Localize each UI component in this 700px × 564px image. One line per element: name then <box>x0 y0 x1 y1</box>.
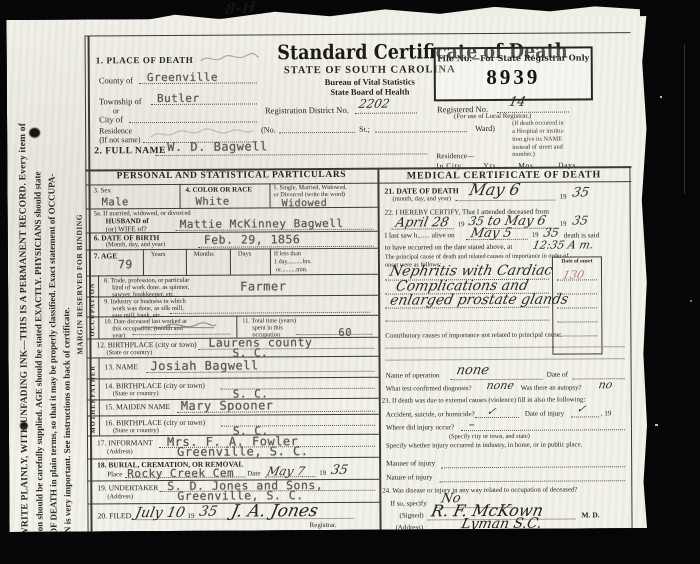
top-handwritten-note: 8-H <box>224 0 256 17</box>
color-race-label: 4. COLOR OR RACE <box>185 186 252 193</box>
to-year-pre: 19 <box>560 222 567 229</box>
scan-artifact <box>690 300 692 302</box>
township-label: Township of <box>99 97 142 106</box>
date-of-death-label: 21. DATE OF DEATH <box>384 187 458 195</box>
full-name-value: W. D. Bagwell <box>167 140 267 153</box>
principal-cause-label1: The principal cause of death and related… <box>385 254 569 261</box>
md-label: M. D. <box>581 511 599 519</box>
sex-label: 3. Sex <box>93 187 111 194</box>
mother-side-label: MOTHER <box>91 398 98 434</box>
registered-no-value: 14 <box>508 96 527 109</box>
margin-note-line4: TION is very important. See instructions… <box>62 307 72 549</box>
burial-place-label: Place <box>107 471 122 478</box>
external-causes-label: 23. If death was due to external causes … <box>382 397 586 405</box>
file-number: 8939 <box>436 66 591 88</box>
occupation-side-label: OCCUPATION <box>90 282 97 336</box>
form-border <box>88 535 634 539</box>
no-label: (No. <box>261 126 276 134</box>
form-border <box>85 32 631 36</box>
cause-of-death-line3: enlarged prostate glands <box>389 293 570 308</box>
margin-note-line3: CAUSE OF DEATH in plain terms, so that i… <box>47 174 58 564</box>
operation-date-label: Date of <box>547 372 568 379</box>
burial-year-pre: 19 <box>319 470 326 477</box>
form-border <box>629 166 632 534</box>
form-border <box>88 531 634 536</box>
column-divider <box>377 168 381 536</box>
dod-year-value: 35 <box>571 186 590 199</box>
nature-of-injury-label: Nature of injury <box>386 474 432 481</box>
occupation-related-label: 24. Was disease or injury in any way rel… <box>382 487 577 495</box>
color-race-value: White <box>196 197 230 208</box>
registrar-label: Registrar. <box>310 522 337 529</box>
last-worked-label3: year) <box>112 333 125 339</box>
scan-artifact <box>660 96 662 98</box>
contributory-label: Contributory causes of importance not re… <box>385 333 561 341</box>
age-years-label: Years <box>151 252 166 259</box>
age-label: 7. AGE <box>94 252 117 260</box>
scan-artifact <box>684 44 685 194</box>
injury-date-mark: ✓ <box>576 403 587 414</box>
hospital-note: (If death occurred in a Hospital or inst… <box>512 119 600 159</box>
informant-label: 17. INFORMANT <box>97 439 153 447</box>
residence-dash-label: Residence— <box>436 152 474 160</box>
file-box-title: File No.—For State Registrar Only <box>436 53 591 62</box>
informant-address-value: Greenville, S. C. <box>177 445 308 458</box>
file-number-box: File No.—For State Registrar Only 8939 <box>434 46 593 101</box>
marital-value: Widowed <box>282 199 328 209</box>
filed-year-value: 35 <box>198 505 219 519</box>
specify-city-label: (Specify city or town, and state) <box>449 434 530 441</box>
filed-label: 20. FILED <box>97 512 131 520</box>
county-label: County of <box>99 76 133 85</box>
or-min-label: or..........min. <box>276 267 308 273</box>
if-not-same-label: (If not same) <box>99 136 140 144</box>
where-injury-mark: – <box>468 418 476 430</box>
signed-label: (Signed) <box>399 512 423 519</box>
age-days-label: Days <box>238 251 251 258</box>
operation-label: Name of operation <box>386 372 440 380</box>
dod-year-pre: 19 <box>560 194 567 201</box>
mother-birthplace-label: 16. BIRTHPLACE (city or town) <box>105 419 205 427</box>
registration-district-value: 2202 <box>358 98 391 110</box>
test-value: none <box>486 380 516 391</box>
place-of-death-label: 1. PLACE OF DEATH <box>96 56 194 66</box>
date-of-death-sub: (month, day, and year) <box>393 196 452 203</box>
occurred-label: to have occurred on the date stated abov… <box>385 244 513 252</box>
handwriting-scribble <box>199 50 261 66</box>
accident-mark: ✓ <box>486 406 497 417</box>
age-value: 79 <box>118 259 133 271</box>
if-less-label: If less than <box>274 251 301 257</box>
burial-date-label: Date <box>247 470 260 477</box>
st-label: St.; <box>359 126 370 134</box>
certificate-page: N. B.—WRITE PLAINLY, WITH UNFADING INK—T… <box>6 16 649 532</box>
undertaker-address-label: (Address) <box>107 494 133 501</box>
dob-sub-label: (Month, day, and year) <box>106 242 165 249</box>
accident-label: Accident, suicide, or homicide? <box>386 411 475 419</box>
father-birthplace-label: 14. BIRTHPLACE (city or town) <box>105 382 205 390</box>
birthplace-state-label: (State or country) <box>106 350 152 357</box>
where-injury-label: Where did injury occur? <box>386 424 454 431</box>
personal-section-header: PERSONAL AND STATISTICAL PARTICULARS <box>85 171 377 182</box>
maiden-name-label: 15. MAIDEN NAME <box>105 403 170 411</box>
birthplace-label: 12. BIRTHPLACE (city or town) <box>96 341 196 349</box>
age-months-label: Months <box>194 252 214 259</box>
scanned-death-certificate: 8-H N. B.—WRITE PLAINLY, WITH UNFADING I… <box>0 0 700 564</box>
informant-address-label: (Address) <box>107 449 133 456</box>
last-saw-year: 35 <box>543 227 561 239</box>
operation-value: none <box>455 364 490 377</box>
father-name-value: Josiah Bagwell <box>151 359 259 372</box>
date-of-death-value: May 6 <box>468 182 522 198</box>
handwriting-scribble <box>136 319 220 336</box>
mother-birthplace-state-label: (State or country) <box>113 428 159 435</box>
father-side-label: FATHER <box>91 365 97 398</box>
trade-value: Farmer <box>240 280 286 292</box>
if-so-label: If so, specify <box>390 500 426 507</box>
father-birthplace-state-label: (State or country) <box>113 391 159 398</box>
to-year-value: 35 <box>571 214 589 226</box>
sex-value: Male <box>102 197 129 208</box>
burial-year-value: 35 <box>330 464 349 477</box>
registration-district-label: Registration District No. <box>265 106 349 115</box>
from-year-pre: 19 <box>458 222 465 229</box>
margin-note-line2: information should be carefully supplied… <box>33 171 44 564</box>
sig-address-label: (Address) <box>396 524 424 531</box>
ward-label: Ward) <box>475 125 495 133</box>
dob-value: Feb. 29, 1856 <box>204 234 301 246</box>
last-saw-label: I last saw h....... alive on <box>385 232 455 240</box>
one-day-label: 1 day,.........hrs. <box>274 259 312 265</box>
autopsy-label: Was there an autopsy? <box>521 385 582 392</box>
cause-of-death-line1: Nephritis with Cardiac <box>389 264 554 279</box>
residence-label: Residence <box>99 127 132 135</box>
margin-binding-note: MARGIN RESERVED FOR BINDING <box>76 214 84 355</box>
city-label: City of <box>99 115 123 124</box>
county-value: Greenville <box>147 72 218 83</box>
maiden-name-value: Mary Spooner <box>181 399 274 412</box>
injury-year-label: , 19 <box>601 410 612 417</box>
father-name-label: 13. NAME <box>105 363 138 371</box>
manner-of-injury-label: Manner of injury <box>386 460 435 468</box>
township-value: Butler <box>157 93 200 104</box>
onset-header: Date of onset <box>553 259 601 265</box>
injury-date-label: Date of injury <box>525 411 564 418</box>
margin-note-line1: N. B.—WRITE PLAINLY, WITH UNFADING INK—T… <box>19 123 31 564</box>
ink-blot <box>29 128 40 138</box>
scan-artifact <box>655 424 658 426</box>
specify-whether-label: Specify whether injury occurred in indus… <box>386 442 582 450</box>
death-time-value: 12:35 A m. <box>532 239 595 250</box>
autopsy-value: no <box>598 379 614 390</box>
undertaker-label: 19. UNDERTAKER <box>97 484 158 492</box>
test-label: What test confirmed diagnosis? <box>386 386 472 393</box>
onset-value: 130 <box>562 269 585 280</box>
